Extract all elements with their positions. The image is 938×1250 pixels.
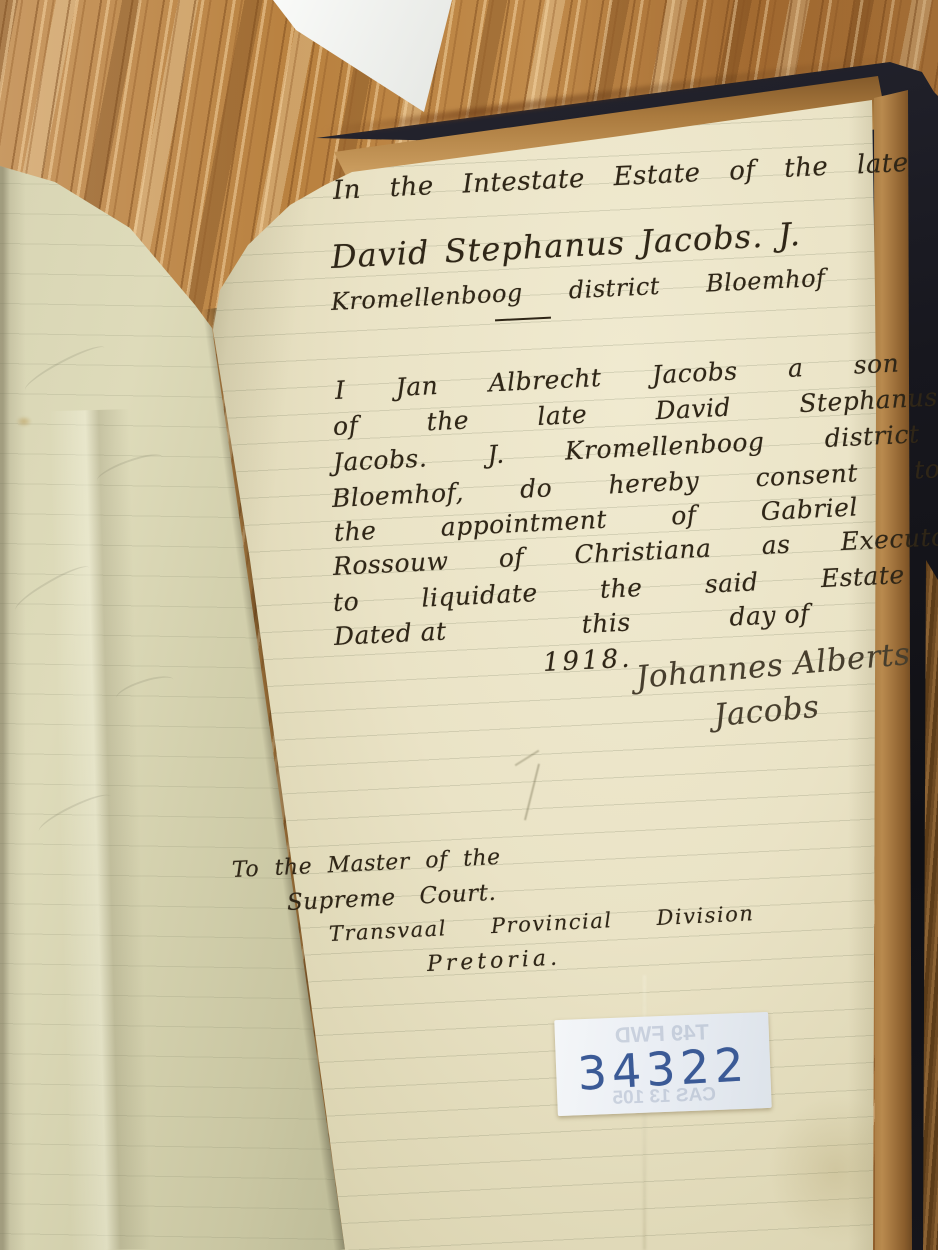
dated-line-part3: day of: [729, 599, 811, 632]
document-content: In the Intestate Estate of the late Davi…: [0, 0, 938, 1250]
address-line-4: Pretoria.: [426, 945, 561, 977]
archive-label: T49 FWD 34322 CAS 13 105: [554, 1012, 772, 1116]
address-line-1: To the Master of the: [231, 845, 501, 883]
heading-line-2: David Stephanus Jacobs. J.: [330, 215, 802, 276]
address-line-2: Supreme Court.: [286, 880, 496, 916]
dated-line-part2: this: [581, 608, 631, 639]
heading-underline-dash: [495, 317, 551, 322]
dated-line-part1: Dated at: [333, 617, 447, 651]
year-text: 1918.: [542, 644, 633, 678]
signature-line-1: Johannes Alberts: [634, 636, 911, 696]
archival-document-photo: In the Intestate Estate of the late Davi…: [0, 0, 938, 1250]
signature-line-2: Jacobs: [712, 689, 820, 734]
heading-line-1: In the Intestate Estate of the late: [332, 148, 909, 206]
